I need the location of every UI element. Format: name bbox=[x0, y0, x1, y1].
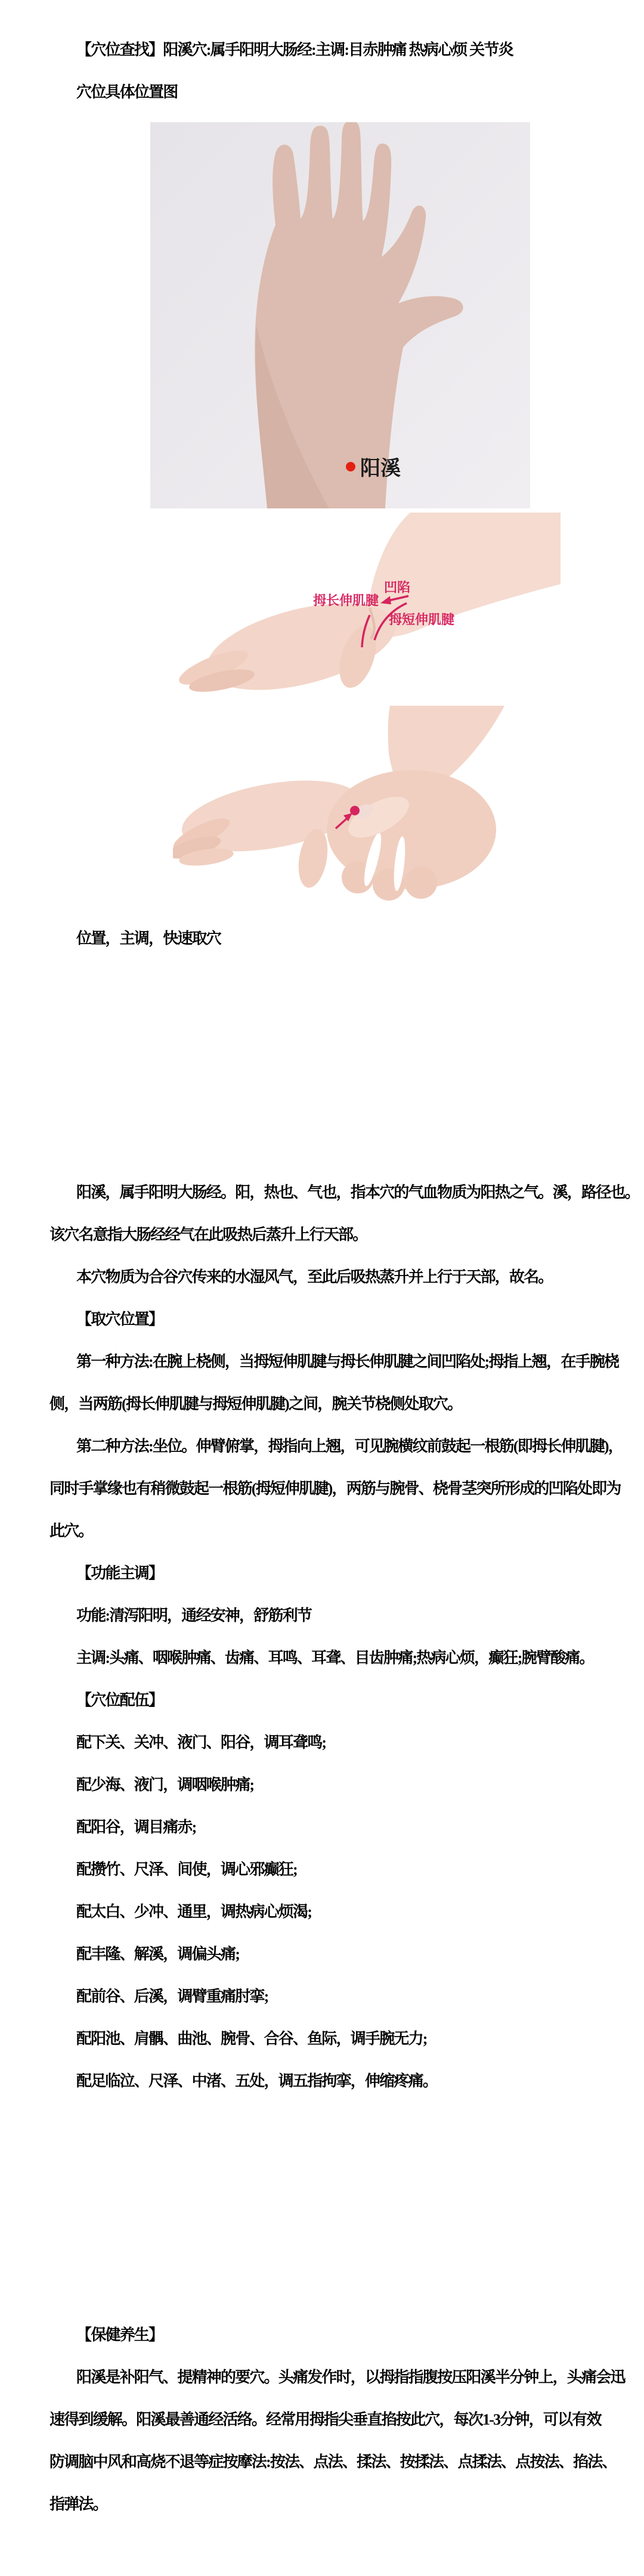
knuckle bbox=[405, 867, 437, 899]
text-line: 配太白、少冲、通里，调热病心烦渴; bbox=[76, 1902, 311, 1922]
figure-hand-dorsal-overview: 阳溪 bbox=[150, 122, 530, 508]
text-line: 配阳谷，调目痛赤; bbox=[76, 1817, 196, 1838]
text-line: 本穴物质为合谷穴传来的水湿风气，至此后吸热蒸升并上行于天部，故名。 bbox=[76, 1267, 553, 1287]
page-title: 【穴位查找】阳溪穴:属手阳明大肠经:主调:目赤肿痛 热病心烦 关节炎 bbox=[76, 40, 513, 60]
text-line: 此穴。 bbox=[49, 1521, 93, 1541]
text-line: 防调脑中风和高烧不退等症按摩法:按法、点法、揉法、按揉法、点揉法、点按法、掐法、 bbox=[49, 2452, 617, 2472]
figure-wrist-tendons: 凹陷 拇长伸肌腱 拇短伸肌腱 bbox=[167, 513, 561, 694]
text-line: 【保健养生】 bbox=[76, 2325, 163, 2345]
text-line: 配足临泣、尺泽、中渚、五处，调五指拘挛，伸缩疼痛。 bbox=[76, 2071, 437, 2091]
hand-photo-illustration: 阳溪 bbox=[150, 122, 530, 508]
text-line: 侧，当两筋(拇长伸肌腱与拇短伸肌腱)之间，腕关节桡侧处取穴。 bbox=[49, 1394, 462, 1414]
acupoint-dot-icon bbox=[346, 462, 355, 471]
pressing-illustration bbox=[173, 706, 519, 904]
text-line: 阳溪，属手阳明大肠经。阳，热也、气也，指本穴的气血物质为阳热之气。溪，路径也。 bbox=[76, 1183, 639, 1203]
text-line: 配攒竹、尺泽、间使，调心邪癫狂; bbox=[76, 1860, 297, 1880]
text-line: 【取穴位置】 bbox=[76, 1309, 163, 1330]
text-line: 阳溪是补阳气、提精神的要穴。头痛发作时，以拇指指腹按压阳溪半分钟上，头痛会迅 bbox=[76, 2367, 625, 2388]
text-line: 配下关、关冲、液门、阳谷，调耳聋鸣; bbox=[76, 1733, 326, 1753]
text-line: 配少海、液门，调咽喉肿痛; bbox=[76, 1775, 253, 1795]
text-line: 同时手掌缘也有稍微鼓起一根筋(拇短伸肌腱)，两筋与腕骨、桡骨茎突所形成的凹陷处即… bbox=[49, 1479, 621, 1499]
text-line: 该穴名意指大肠经经气在此吸热后蒸升上行天部。 bbox=[49, 1225, 367, 1245]
text-line: 配阳池、肩髃、曲池、腕骨、合谷、鱼际，调手腕无力; bbox=[76, 2029, 427, 2049]
wrist-annotation-illustration: 凹陷 拇长伸肌腱 拇短伸肌腱 bbox=[167, 513, 561, 694]
annotation-long-tendon-label: 拇长伸肌腱 bbox=[313, 593, 379, 608]
text-line: 指弹法。 bbox=[49, 2494, 107, 2515]
text-line: 配前谷、后溪，调臂重痛肘挛; bbox=[76, 1987, 268, 2007]
figure-pressing-technique bbox=[173, 706, 519, 904]
text-line: 【功能主调】 bbox=[76, 1563, 163, 1584]
text-line: 第一种方法:在腕上桡侧，当拇短伸肌腱与拇长伸肌腱之间凹陷处;拇指上翘，在手腕桡 bbox=[76, 1352, 618, 1372]
annotation-short-tendon-label: 拇短伸肌腱 bbox=[389, 612, 455, 627]
annotation-depression-label: 凹陷 bbox=[384, 580, 410, 595]
text-line: 配丰隆、解溪，调偏头痛; bbox=[76, 1944, 239, 1964]
figures-caption: 位置，主调，快速取穴 bbox=[76, 929, 221, 949]
text-line: 【穴位配伍】 bbox=[76, 1690, 163, 1711]
text-line: 第二种方法:坐位。伸臂俯掌，拇指向上翘，可见腕横纹前鼓起一根筋(即拇长伸肌腱)， bbox=[76, 1436, 623, 1457]
text-line: 主调:头痛、咽喉肿痛、齿痛、耳鸣、耳聋、目齿肿痛;热病心烦，癫狂;腕臂酸痛。 bbox=[76, 1648, 594, 1668]
section-heading-location-map: 穴位具体位置图 bbox=[76, 82, 177, 103]
acupoint-label: 阳溪 bbox=[360, 457, 401, 480]
text-line: 速得到缓解。阳溪最善通经活络。经常用拇指尖垂直掐按此穴，每次1-3分钟，可以有效 bbox=[49, 2410, 601, 2430]
article-page: 【穴位查找】阳溪穴:属手阳明大肠经:主调:目赤肿痛 热病心烦 关节炎 穴位具体位… bbox=[0, 0, 644, 2576]
text-line: 功能:清泻阳明，通经安神，舒筋利节 bbox=[76, 1606, 311, 1626]
